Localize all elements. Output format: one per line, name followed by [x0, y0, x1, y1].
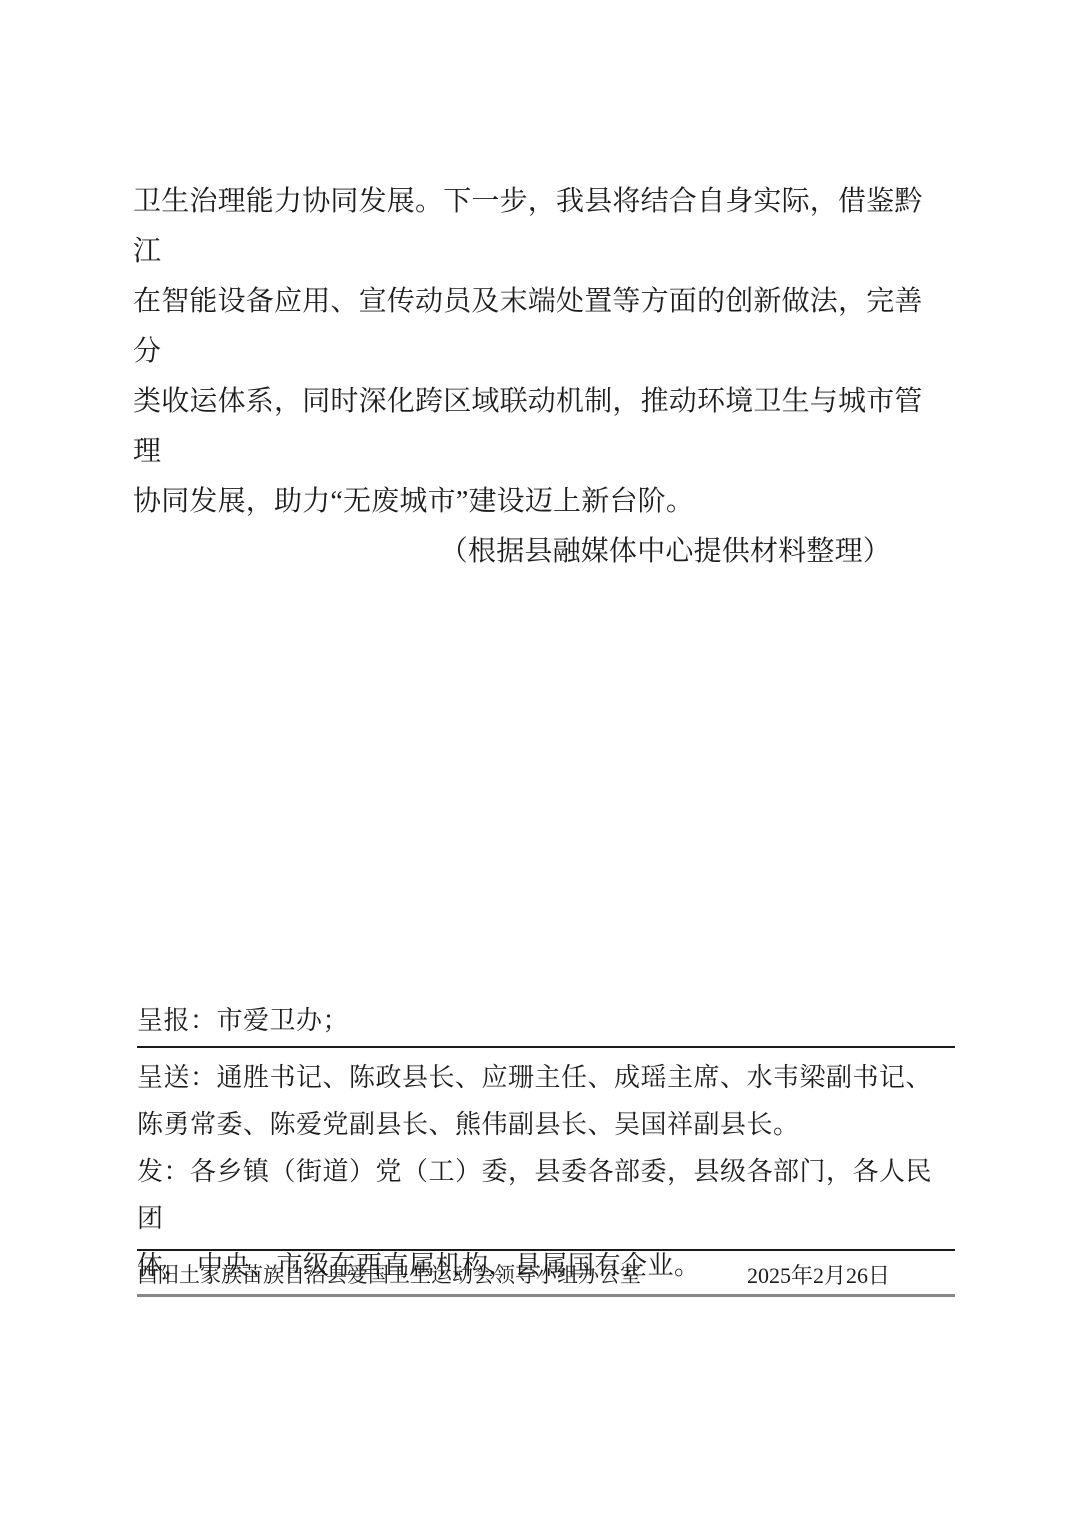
attribution-line: （根据县融媒体中心提供材料整理） [133, 527, 945, 577]
document-page: 卫生治理能力协同发展。下一步，我县将结合自身实际，借鉴黔江 在智能设备应用、宣传… [0, 0, 1075, 1520]
issuing-office: 酉阳土家族苗族自治县爱国卫生运动会领导小组办公室 [137, 1259, 641, 1289]
distribution-block: 呈送：通胜书记、陈政县长、应珊主任、成瑶主席、水韦梁副书记、 陈勇常委、陈爱党副… [137, 1054, 955, 1289]
issue-to-line: 发：各乡镇（街道）党（工）委，县委各部委，县级各部门，各人民团 [137, 1148, 955, 1242]
paragraph-line: 类收运体系，同时深化跨区域联动机制，推动环境卫生与城市管理 [133, 377, 945, 477]
divider-bottom [137, 1294, 955, 1297]
divider-footer-top [137, 1249, 955, 1251]
send-to-line: 呈送：通胜书记、陈政县长、应珊主任、成瑶主席、水韦梁副书记、 [137, 1054, 955, 1101]
footer-row: 酉阳土家族苗族自治县爱国卫生运动会领导小组办公室 2025年2月26日 [137, 1255, 955, 1293]
issue-date: 2025年2月26日 [747, 1259, 955, 1290]
paragraph-line: 卫生治理能力协同发展。下一步，我县将结合自身实际，借鉴黔江 [133, 177, 945, 277]
divider-report [137, 1046, 955, 1048]
paragraph-line: 协同发展，助力“无废城市”建设迈上新台阶。 [133, 477, 945, 527]
report-to-line: 呈报：市爱卫办； [137, 998, 955, 1044]
body-paragraph: 卫生治理能力协同发展。下一步，我县将结合自身实际，借鉴黔江 在智能设备应用、宣传… [133, 177, 945, 577]
paragraph-line: 在智能设备应用、宣传动员及末端处置等方面的创新做法，完善分 [133, 277, 945, 377]
send-to-line: 陈勇常委、陈爱党副县长、熊伟副县长、吴国祥副县长。 [137, 1101, 955, 1148]
